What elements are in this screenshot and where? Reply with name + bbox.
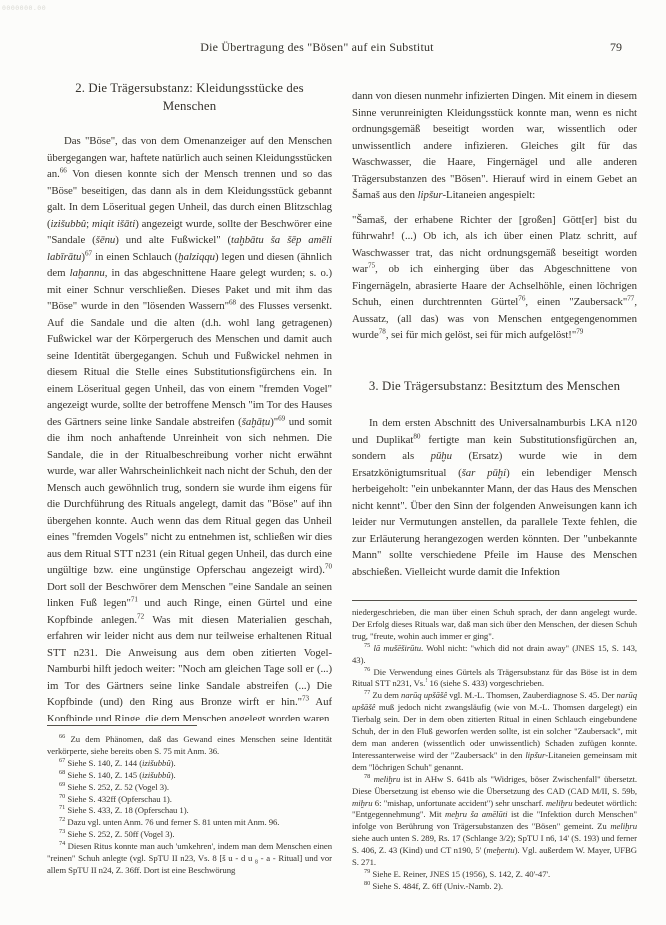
footnote-text: Siehe S. 252, Z. 52 (Vogel 3). — [65, 782, 169, 792]
footnote-text: Die Verwendung eines Gürtels als Trägers… — [352, 667, 637, 689]
right-column: dann von diesen nunmehr infizierten Ding… — [352, 88, 637, 925]
right-footnotes: niedergeschrieben, die man über einen Sc… — [352, 607, 637, 893]
footnote-text: Siehe E. Reiner, JNES 15 (1956), S. 142,… — [370, 869, 550, 879]
running-header-title: Die Übertragung des "Bösen" auf ein Subs… — [47, 40, 587, 55]
footnote: 73 Siehe S. 252, Z. 50ff (Vogel 3). — [47, 829, 332, 841]
footnote-text: Siehe S. 140, Z. 145 (izišubbû). — [65, 770, 175, 780]
footnote: 76 Die Verwendung eines Gürtels als Träg… — [352, 667, 637, 691]
section-3-heading: 3. Die Trägersubstanz: Besitztum des Men… — [352, 378, 637, 396]
footnote-text: meliḫru ist in AHw S. 641b als "Widriges… — [352, 774, 637, 867]
footnote-text: Zu dem Phänomen, daß das Gewand eines Me… — [47, 734, 332, 756]
footnote-separator-right — [352, 600, 637, 601]
footnote: 80 Siehe S. 484f, Z. 6ff (Univ.-Namb. 2)… — [352, 881, 637, 893]
footnote: 68 Siehe S. 140, Z. 145 (izišubbû). — [47, 770, 332, 782]
footnote-text: Diesen Ritus konnte man auch 'umkehren',… — [47, 841, 332, 875]
footnote: 70 Siehe S. 432ff (Opferschau 1). — [47, 794, 332, 806]
footnote-text: Siehe S. 433, Z. 18 (Opferschau 1). — [65, 805, 188, 815]
footnote-text: Dazu vgl. unten Anm. 76 und ferner S. 81… — [65, 817, 279, 827]
ritual-quote: "Šamaš, der erhabene Richter der [großen… — [352, 212, 637, 344]
right-paragraph-2: In dem ersten Abschnitt des Universalnam… — [352, 415, 637, 580]
footnote: 77 Zu dem narūq upšāšê vgl. M.-L. Thomse… — [352, 690, 637, 773]
footnote: 75 lā mušēširūtu. Wohl nicht: "which did… — [352, 643, 637, 667]
footnote-separator-left — [47, 725, 197, 726]
right-paragraph-1: dann von diesen nunmehr infizierten Ding… — [352, 88, 637, 204]
footnote-text: Zu dem narūq upšāšê vgl. M.-L. Thomsen, … — [352, 690, 637, 771]
footnote: 67 Siehe S. 140, Z. 144 (izišubbû). — [47, 758, 332, 770]
footnote: 71 Siehe S. 433, Z. 18 (Opferschau 1). — [47, 805, 332, 817]
right-footnote-list: 75 lā mušēširūtu. Wohl nicht: "which did… — [352, 643, 637, 893]
left-footnotes: 66 Zu dem Phänomen, daß das Gewand eines… — [47, 734, 332, 877]
footnote-continuation: niedergeschrieben, die man über einen Sc… — [352, 607, 637, 643]
footnote-text: Siehe S. 252, Z. 50ff (Vogel 3). — [65, 829, 174, 839]
section-2-heading: 2. Die Trägersubstanz: Kleidungsstücke d… — [47, 80, 332, 115]
footnote-text: lā mušēširūtu. Wohl nicht: "which did no… — [352, 643, 637, 665]
footnote: 72 Dazu vgl. unten Anm. 76 und ferner S.… — [47, 817, 332, 829]
left-column: 2. Die Trägersubstanz: Kleidungsstücke d… — [47, 80, 332, 925]
footnote: 66 Zu dem Phänomen, daß das Gewand eines… — [47, 734, 332, 758]
footnote: 69 Siehe S. 252, Z. 52 (Vogel 3). — [47, 782, 332, 794]
footnote: 79 Siehe E. Reiner, JNES 15 (1956), S. 1… — [352, 869, 637, 881]
right-body: dann von diesen nunmehr infizierten Ding… — [352, 88, 637, 596]
left-body-paragraph: Das "Böse", das von dem Omenanzeiger auf… — [47, 133, 332, 721]
scanned-book-page: 0000000.00 Die Übertragung des "Bösen" a… — [0, 0, 666, 925]
footnote-text: Siehe S. 140, Z. 144 (izišubbû). — [65, 758, 175, 768]
footnote-text: Siehe S. 432ff (Opferschau 1). — [65, 794, 172, 804]
scan-watermark: 0000000.00 — [2, 4, 46, 12]
left-body: Das "Böse", das von dem Omenanzeiger auf… — [47, 133, 332, 721]
footnote-text: Siehe S. 484f, Z. 6ff (Univ.-Namb. 2). — [370, 881, 503, 891]
page-number: 79 — [610, 40, 640, 55]
footnote: 78 meliḫru ist in AHw S. 641b als "Widri… — [352, 774, 637, 869]
footnote: 74 Diesen Ritus konnte man auch 'umkehre… — [47, 841, 332, 877]
